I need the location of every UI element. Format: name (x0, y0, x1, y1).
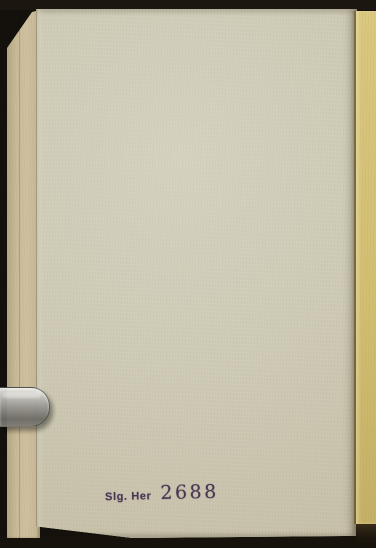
library-stamp: Slg. Her 2688 (105, 481, 219, 505)
blank-endpaper-page (36, 9, 357, 538)
book-page-scan: Slg. Her 2688 (0, 0, 376, 548)
right-edge-shadow (356, 524, 376, 542)
stamp-prefix-text: Slg. Her (105, 490, 152, 503)
right-page-edge (354, 11, 376, 524)
cover-edge-strip (7, 10, 40, 538)
metal-clip (0, 387, 50, 427)
stamp-number-text: 2688 (160, 481, 219, 504)
